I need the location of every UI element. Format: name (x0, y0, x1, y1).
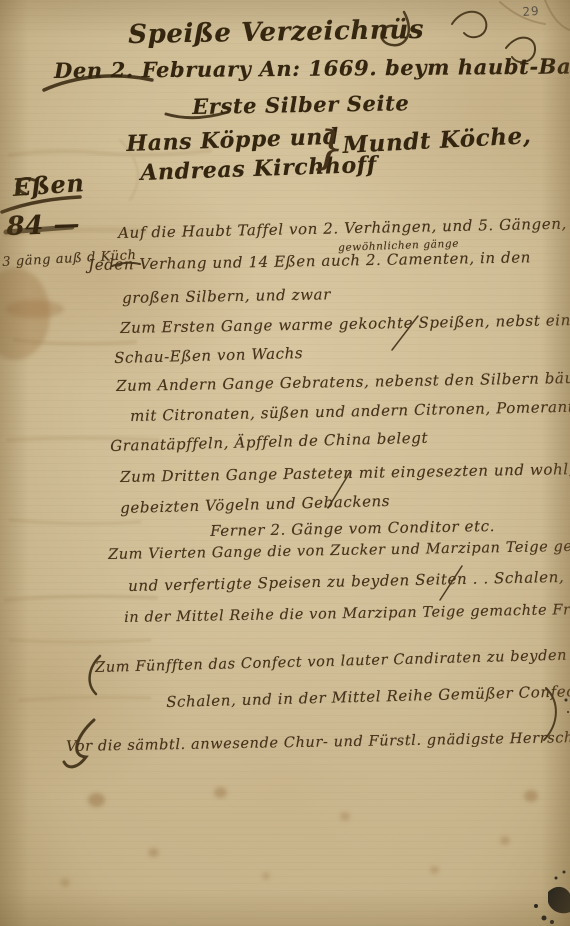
margin-dish-count: 84 — (6, 211, 81, 240)
stain (430, 866, 439, 874)
body-line: großen Silbern, und zwar (122, 287, 331, 306)
body-line: Schau-Eßen von Wachs (114, 346, 303, 366)
body-line: Zum Vierten Gange die von Zucker und Mar… (108, 539, 570, 563)
stain (340, 812, 350, 821)
title-line: Speiße Verzeichnüs (128, 17, 424, 48)
margin-dish-label: Eßen (12, 171, 85, 200)
body-line: Zum Andern Gange Gebratens, nebenst den … (116, 371, 570, 394)
body-line: Zum Fünfften das Confect von lauter Cand… (95, 647, 570, 675)
stain (6, 300, 64, 318)
body-line: Jeden Verhang und 14 Eßen auch 2. Cament… (88, 250, 531, 273)
body-line: gebeizten Vögeln und Gebackens (120, 494, 390, 516)
stain (214, 787, 227, 798)
body-line: Zum Ersten Gange warme gekochte Speißen,… (120, 313, 570, 336)
closing-line: Vor die sämbtl. anwesende Chur- und Fürs… (66, 731, 570, 755)
date-line: Den 2. February An: 1669. beym haubt-Ban… (54, 55, 570, 81)
stain (500, 836, 510, 845)
manuscript-page: 29 Speiße Verzeichnüs Den 2. February An… (0, 0, 570, 926)
stain (60, 878, 70, 887)
body-line: in der Mittel Reihe die von Marzipan Tei… (124, 602, 570, 625)
page-number: 29 (522, 5, 540, 18)
subtitle-line: Erste Silber Seite (192, 92, 410, 117)
body-line: Auf die Haubt Taffel von 2. Verhängen, u… (118, 216, 570, 241)
stain (262, 872, 270, 880)
body-line: Granatäpffeln, Äpffeln de China belegt (110, 431, 428, 454)
body-line: und verfertigte Speisen zu beyden Seiten… (128, 569, 570, 594)
cooks-role: Mundt Köche, (342, 124, 532, 157)
body-line: mit Citronaten, süßen und andern Citrone… (130, 399, 570, 424)
cook-name-1: Hans Köppe und (126, 126, 339, 155)
body-line: Ferner 2. Gänge vom Conditor etc. (210, 519, 495, 539)
stain (524, 790, 538, 802)
stain (88, 793, 105, 807)
stain (0, 268, 50, 360)
body-line: Schalen, und in der Mittel Reihe Gemüßer… (166, 683, 570, 710)
stain (148, 848, 159, 857)
body-line: Zum Dritten Gange Pasteten mit eingesezt… (120, 462, 570, 485)
